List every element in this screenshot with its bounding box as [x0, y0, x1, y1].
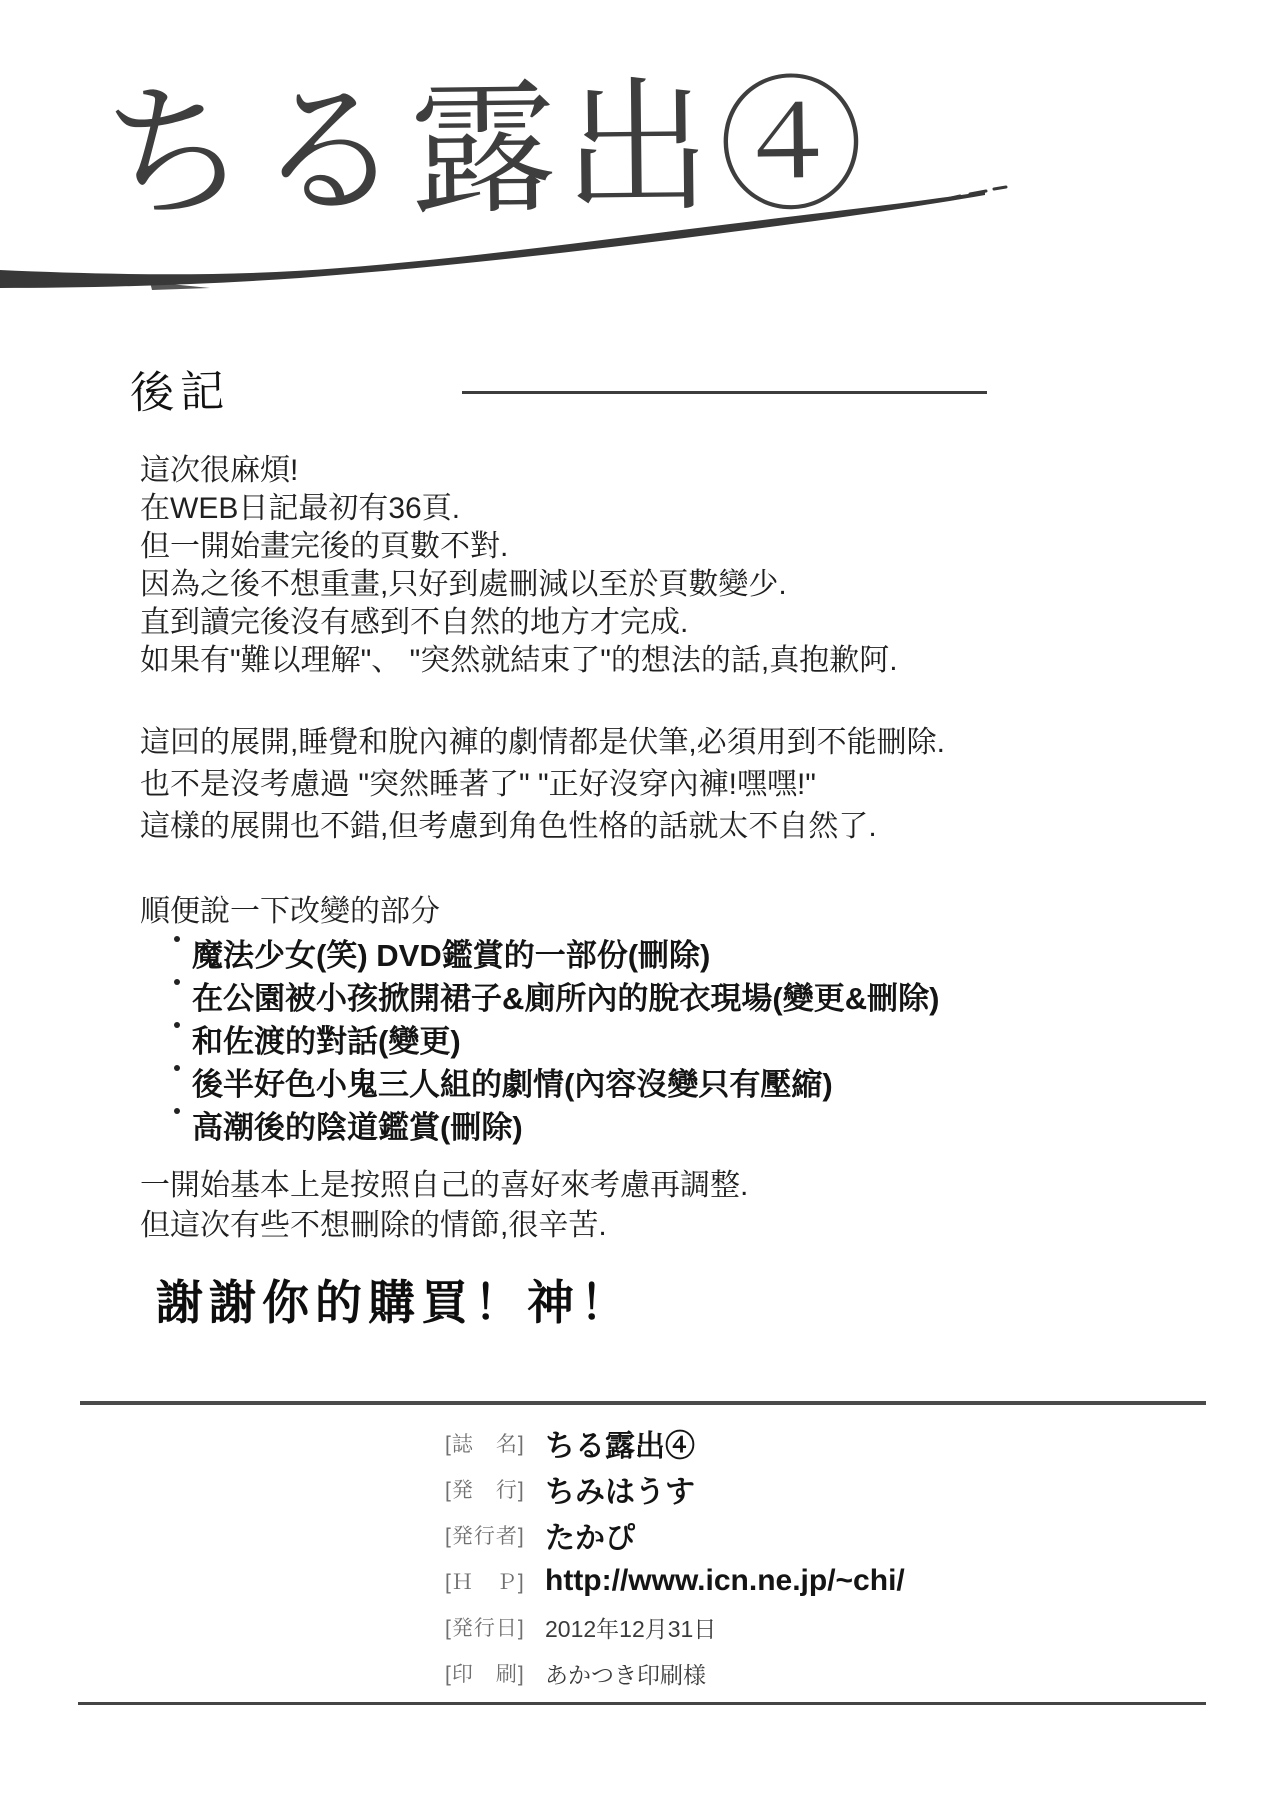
colophon-value: ちる露出④	[545, 1421, 695, 1465]
thanks-line: 謝謝你的購買！神！	[156, 1266, 633, 1333]
paragraph-line: 一開始基本上是按照自己的喜好來考慮再調整.	[140, 1166, 748, 1206]
colophon-value: たかぴ	[545, 1513, 635, 1557]
afterword-heading-rule	[462, 391, 987, 394]
colophon-row: [発 行] ちみはうす	[445, 1466, 905, 1512]
colophon-label: [印 刷]	[445, 1658, 545, 1688]
list-item: 後半好色小鬼三人組的劇情(內容沒變只有壓縮)	[140, 1059, 939, 1102]
afterword-paragraph-1: 這次很麻煩! 在WEB日記最初有36頁. 但一開始畫完後的頁數不對. 因為之後不…	[140, 452, 898, 680]
list-item-text: 和佐渡的對話(變更)	[192, 1024, 461, 1059]
list-item: 高潮後的陰道鑑賞(刪除)	[140, 1102, 939, 1145]
afterword-heading: 後記	[129, 355, 230, 421]
paragraph-line: 也不是沒考慮過 "突然睡著了" "正好沒穿內褲!嘿嘿!"	[140, 764, 945, 806]
paragraph-line: 在WEB日記最初有36頁.	[140, 490, 898, 528]
colophon-divider-top	[80, 1401, 1206, 1405]
list-item-text: 高潮後的陰道鑑賞(刪除)	[192, 1110, 523, 1145]
list-item-text: 後半好色小鬼三人組的劇情(內容沒變只有壓縮)	[192, 1067, 833, 1102]
bullet-dot-icon	[174, 979, 180, 985]
changes-list: 魔法少女(笑) DVD鑑賞的一部份(刪除) 在公園被小孩掀開裙子&廁所內的脫衣現…	[140, 930, 939, 1145]
bullet-dot-icon	[174, 1108, 180, 1114]
colophon-row: [誌 名] ちる露出④	[445, 1420, 905, 1466]
colophon-row: [Ｈ Ｐ] http://www.icn.ne.jp/~chi/	[445, 1558, 905, 1604]
paragraph-line: 如果有"難以理解"、 "突然就結束了"的想法的話,真抱歉阿.	[140, 642, 898, 680]
list-item-text: 魔法少女(笑) DVD鑑賞的一部份(刪除)	[192, 938, 710, 973]
bullet-dot-icon	[174, 1022, 180, 1028]
afterword-paragraph-2: 這回的展開,睡覺和脫內褲的劇情都是伏筆,必須用到不能刪除. 也不是沒考慮過 "突…	[140, 722, 945, 848]
paragraph-line: 但一開始畫完後的頁數不對.	[140, 528, 898, 566]
colophon-label: [Ｈ Ｐ]	[445, 1566, 545, 1596]
paragraph-line: 但這次有些不想刪除的情節,很辛苦.	[140, 1206, 748, 1246]
paragraph-line: 這次很麻煩!	[140, 452, 898, 490]
colophon-value: あかつき印刷様	[545, 1657, 706, 1690]
list-item: 在公園被小孩掀開裙子&廁所內的脫衣現場(變更&刪除)	[140, 973, 939, 1016]
colophon-value: ちみはうす	[545, 1467, 695, 1511]
paragraph-line: 這回的展開,睡覺和脫內褲的劇情都是伏筆,必須用到不能刪除.	[140, 722, 945, 764]
colophon-label: [誌 名]	[445, 1428, 545, 1458]
list-item: 魔法少女(笑) DVD鑑賞的一部份(刪除)	[140, 930, 939, 973]
colophon-label: [発 行]	[445, 1474, 545, 1504]
colophon-value: 2012年12月31日	[545, 1611, 716, 1644]
list-item: 和佐渡的對話(變更)	[140, 1016, 939, 1059]
colophon-row: [発行者] たかぴ	[445, 1512, 905, 1558]
colophon: [誌 名] ちる露出④ [発 行] ちみはうす [発行者] たかぴ [Ｈ Ｐ] …	[445, 1420, 905, 1696]
paragraph-line: 因為之後不想重畫,只好到處刪減以至於頁數變少.	[140, 566, 898, 604]
brush-underline-icon	[0, 178, 1012, 298]
colophon-value: http://www.icn.ne.jp/~chi/	[545, 1564, 905, 1598]
colophon-label: [発行日]	[445, 1612, 545, 1642]
colophon-row: [印 刷] あかつき印刷様	[445, 1650, 905, 1696]
list-item-text: 在公園被小孩掀開裙子&廁所內的脫衣現場(變更&刪除)	[192, 981, 939, 1016]
bullet-dot-icon	[174, 936, 180, 942]
colophon-row: [発行日] 2012年12月31日	[445, 1604, 905, 1650]
paragraph-line: 直到讀完後沒有感到不自然的地方才完成.	[140, 604, 898, 642]
changes-intro: 順便說一下改變的部分	[140, 886, 440, 930]
bullet-dot-icon	[174, 1065, 180, 1071]
paragraph-line: 這樣的展開也不錯,但考慮到角色性格的話就太不自然了.	[140, 806, 945, 848]
colophon-divider-bottom	[78, 1702, 1206, 1705]
colophon-label: [発行者]	[445, 1520, 545, 1550]
closing-paragraph: 一開始基本上是按照自己的喜好來考慮再調整. 但這次有些不想刪除的情節,很辛苦.	[140, 1166, 748, 1246]
